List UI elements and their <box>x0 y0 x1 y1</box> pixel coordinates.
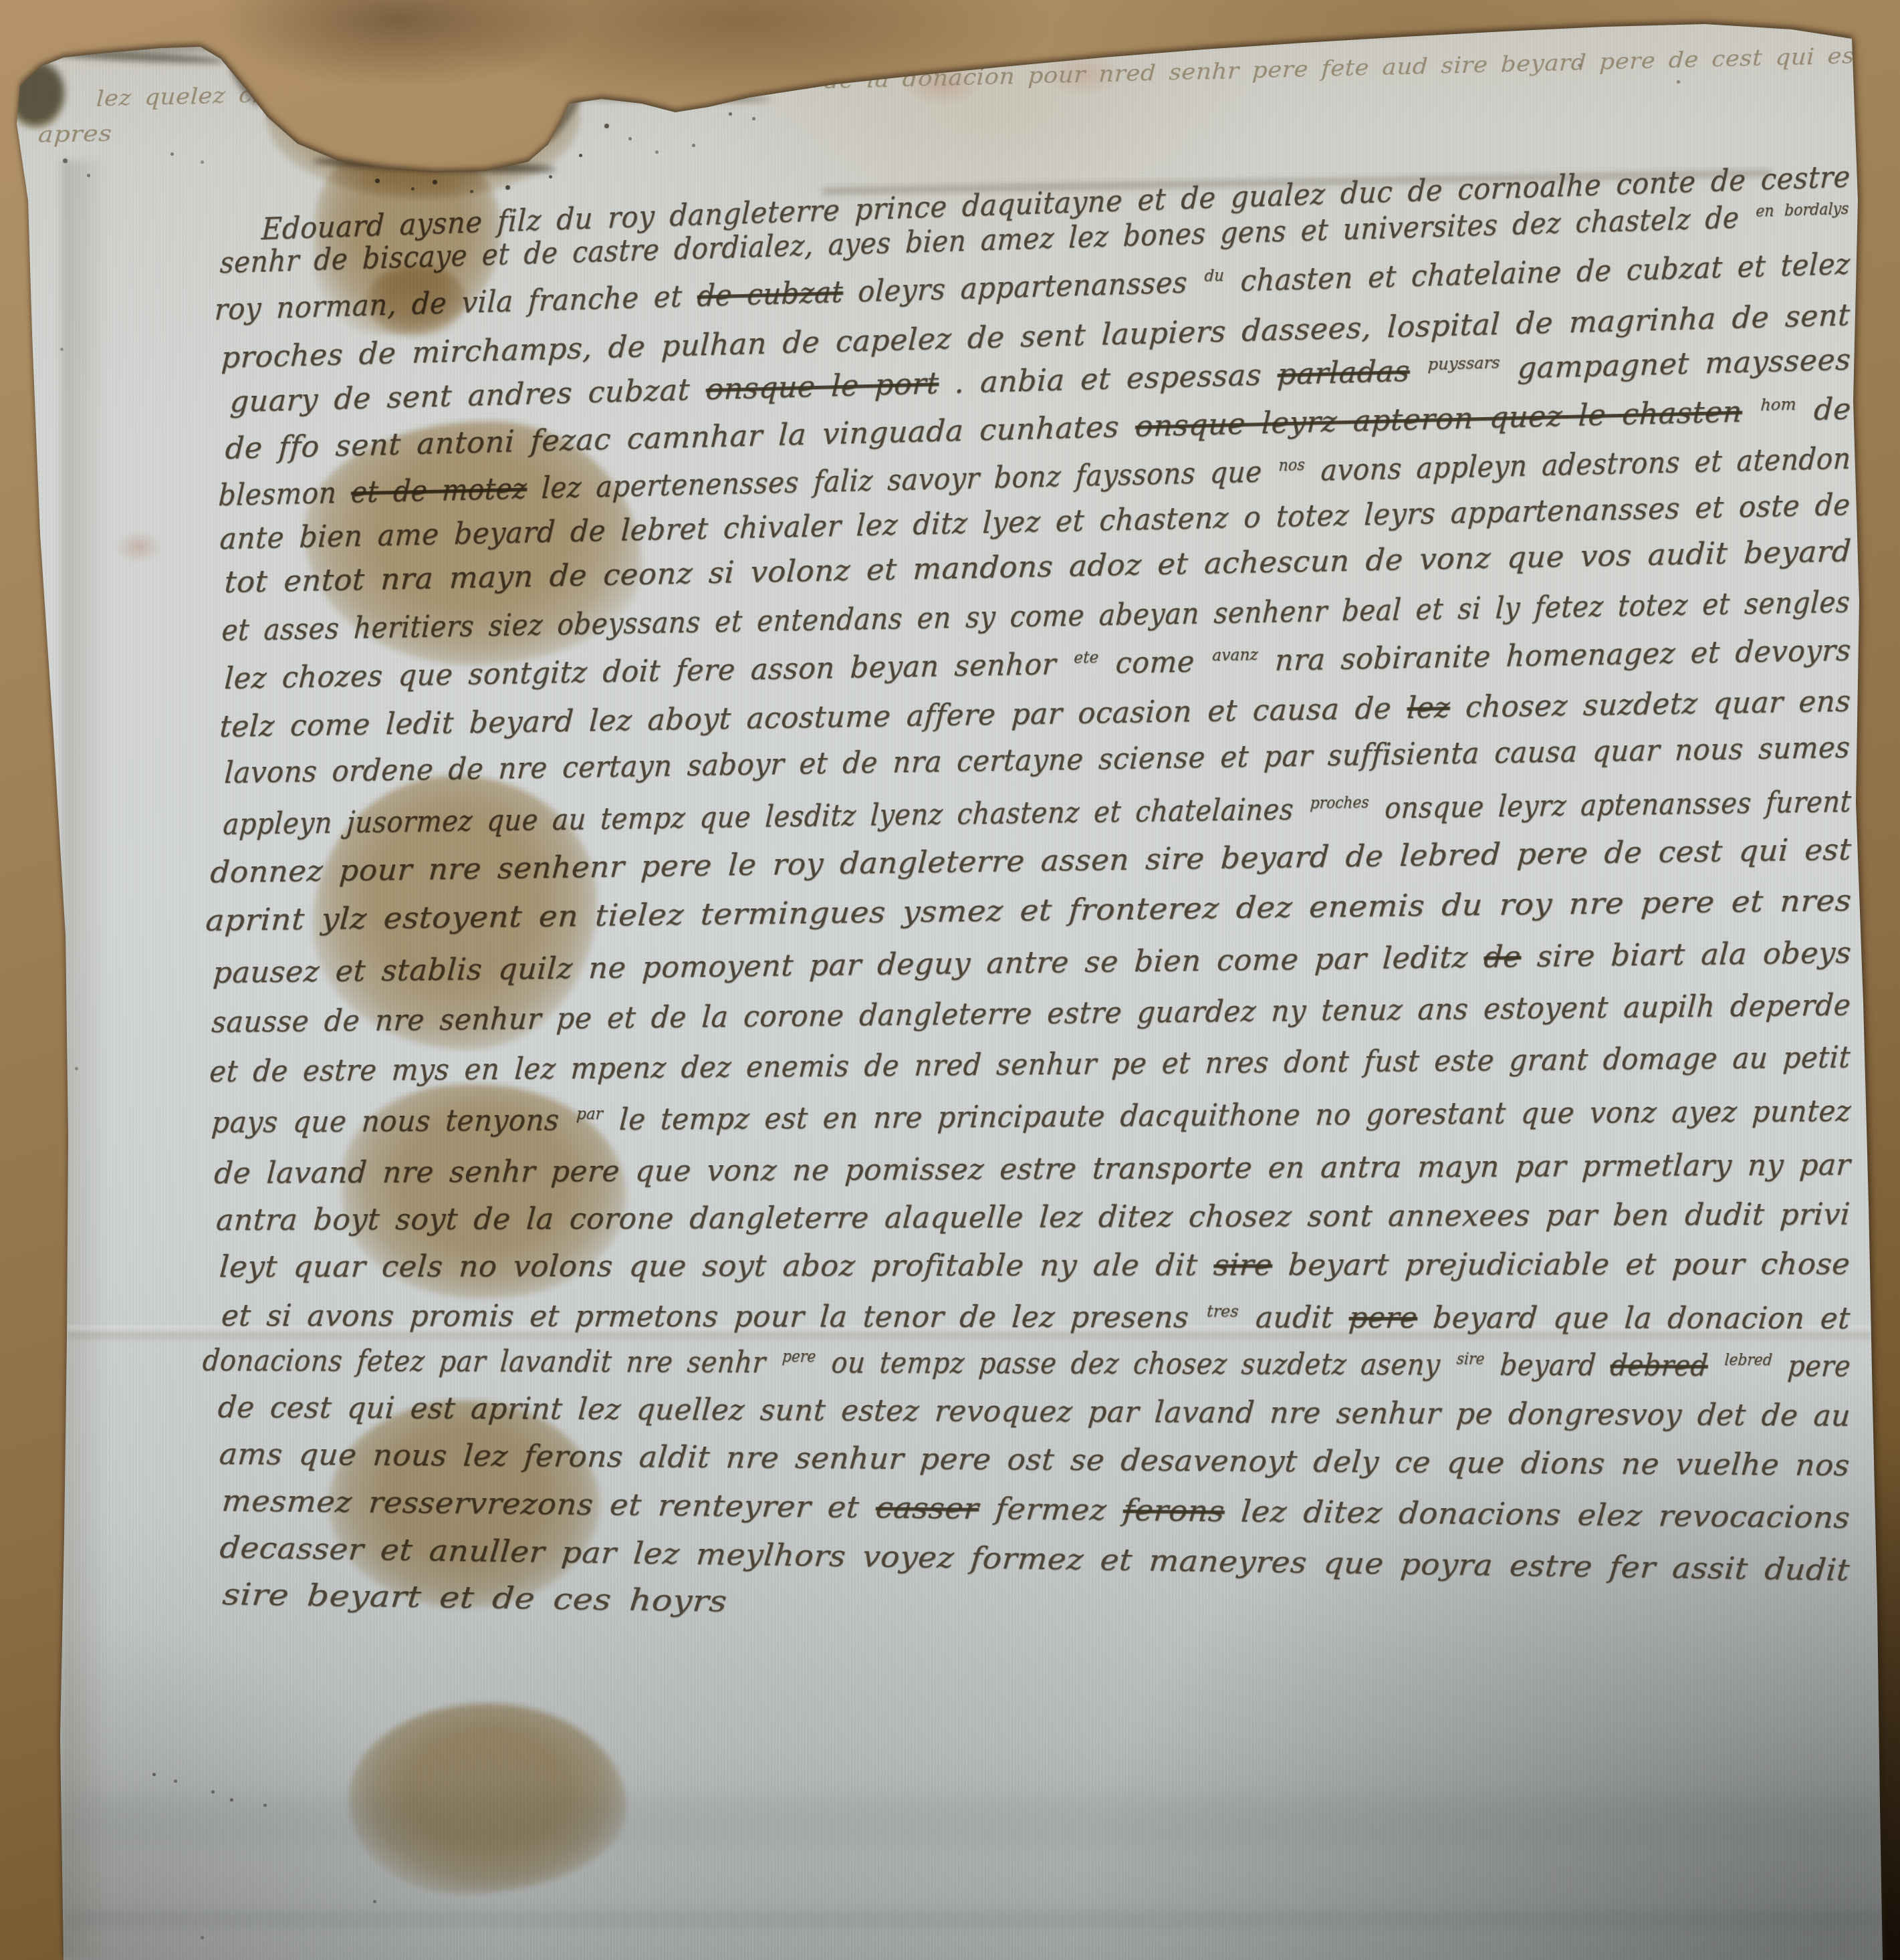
line-text: et si avons promis et prmetons pour la t… <box>220 1299 1205 1335</box>
manuscript-line-30: sire beyart et de ces hoyrs <box>221 1578 729 1620</box>
line-text: gampagnet mayssees <box>1501 343 1852 386</box>
manuscript-line-27: ams que nous lez ferons aldit nre senhur… <box>218 1437 1851 1484</box>
interlinear-addition: du <box>1204 266 1224 286</box>
line-text: ou tempz passe dez chosez suzdetz aseny <box>816 1346 1455 1382</box>
line-text: pays que nous tenyons <box>211 1103 576 1140</box>
interlinear-addition: par <box>576 1104 603 1124</box>
line-text: nra sobiranite homenagez et devoyrs <box>1259 634 1852 678</box>
line-text: lez chozes que sontgitz doit fere asson … <box>223 647 1072 696</box>
struck-out-text: ferons <box>1122 1493 1226 1529</box>
manuscript-text-layer: lez quelez chosez y estant de lhon bort … <box>0 0 1900 1960</box>
manuscript-line-22: antra boyt soyt de la corone dangleterre… <box>215 1197 1851 1238</box>
struck-out-text: et de motez <box>350 472 528 510</box>
manuscript-line-18: sausse de nre senhur pe et de la corone … <box>211 988 1852 1041</box>
line-text: de <box>1797 392 1852 428</box>
line-text: avons appleyn adestrons et atendon <box>1306 442 1852 489</box>
manuscript-line-25: donacions fetez par lavandit nre senhr p… <box>201 1344 1852 1384</box>
line-text: sausse de nre senhur pe et de la corone … <box>211 988 1852 1039</box>
interlinear-addition: pere <box>782 1347 816 1366</box>
manuscript-line-19: et de estre mys en lez mpenz dez enemis … <box>209 1041 1852 1090</box>
manuscript-photo: lez quelez chosez y estant de lhon bort … <box>0 0 1900 1960</box>
interlinear-addition: avanz <box>1211 645 1258 665</box>
interlinear-addition: en bordalys <box>1756 199 1849 221</box>
interlinear-addition: tres <box>1206 1302 1239 1322</box>
manuscript-line-29: decasser et anuller par lez meylhors voy… <box>219 1531 1851 1589</box>
struck-out-text: casser <box>874 1491 980 1526</box>
struck-out-text: onsque leyrz apteron quez le chasten <box>1135 395 1743 444</box>
line-text: aprint ylz estoyent en tielez termingues… <box>205 884 1853 938</box>
line-text: antra boyt soyt de la corone dangleterre… <box>215 1197 1851 1237</box>
interlinear-addition: puyssars <box>1427 353 1500 374</box>
line-text: chosez suzdetz quar ens <box>1449 685 1851 725</box>
line-text: roy norman, de vila franche et <box>214 279 698 327</box>
struck-out-text: onsque le port <box>705 366 940 406</box>
line-text: donnez pour nre senhenr pere le roy dang… <box>209 833 1853 890</box>
struck-out-text: de <box>1483 940 1522 975</box>
manuscript-line-15: donnez pour nre senhenr pere le roy dang… <box>209 833 1853 891</box>
line-text: lez ditez donacions elez revocacions <box>1223 1495 1852 1536</box>
line-text: de ffo sent antoni fezac camnhar la ving… <box>225 410 1136 466</box>
manuscript-line-16: aprint ylz estoyent en tielez termingues… <box>205 884 1853 939</box>
line-text: lez quelez chosez y estant de lhon bort … <box>96 42 1865 112</box>
line-text <box>1409 354 1427 388</box>
struck-out-text: pere <box>1348 1301 1419 1335</box>
interlinear-addition: proches <box>1310 793 1370 813</box>
interlinear-addition: sire <box>1456 1350 1486 1369</box>
line-text <box>1707 1349 1724 1383</box>
line-text: oleyrs appartenansses <box>842 265 1203 310</box>
line-text: de lavand nre senhr pere que vonz ne pom… <box>213 1148 1852 1191</box>
manuscript-line-28: mesmez resservrezons et renteyrer et cas… <box>221 1484 1851 1536</box>
line-text: audit <box>1239 1301 1350 1335</box>
line-text: chasten et chatelaine de cubzat et telez <box>1225 247 1851 299</box>
manuscript-line-17: pausez et stablis quilz ne pomoyent par … <box>212 936 1853 991</box>
struck-out-text: parladas <box>1277 354 1411 392</box>
struck-out-text: sire <box>1213 1248 1274 1282</box>
line-text: decasser et anuller par lez meylhors voy… <box>219 1531 1851 1588</box>
line-text: sire biart ala obeys <box>1520 936 1853 974</box>
manuscript-line-21: de lavand nre senhr pere que vonz ne pom… <box>213 1148 1852 1192</box>
manuscript-line-26: de cest qui est aprint lez quellez sunt … <box>217 1390 1852 1435</box>
line-text: fermez <box>977 1492 1124 1527</box>
ink-specks <box>0 0 3 3</box>
manuscript-line-24: et si avons promis et prmetons pour la t… <box>220 1299 1851 1337</box>
line-text: telz come ledit beyard lez aboyt acostum… <box>219 691 1408 744</box>
interlinear-addition: nos <box>1278 455 1305 475</box>
manuscript-line-14: appleyn jusormez que au tempz que lesdit… <box>222 785 1853 843</box>
line-text: mesmez resservrezons et renteyrer et <box>221 1484 877 1525</box>
struck-out-text: lez <box>1406 691 1451 725</box>
struck-out-text: debred <box>1609 1348 1709 1382</box>
manuscript-paper: lez quelez chosez y estant de lhon bort … <box>0 0 1900 1960</box>
line-text: onsque leyrz aptenansses furent <box>1369 785 1852 826</box>
line-text: pere <box>1772 1349 1852 1383</box>
line-text: donacions fetez par lavandit nre senhr <box>201 1344 781 1380</box>
line-text: beyard <box>1485 1348 1612 1383</box>
line-text: beyart prejudiciable et pour chose <box>1271 1247 1851 1283</box>
struck-out-text: de cubzat <box>697 275 844 314</box>
line-text: leyt quar cels no volons que soyt aboz p… <box>219 1248 1215 1284</box>
line-text: de cest qui est aprint lez quellez sunt … <box>217 1390 1852 1433</box>
manuscript-line-20: pays que nous tenyons par le tempz est e… <box>211 1094 1853 1141</box>
manuscript-line-23: leyt quar cels no volons que soyt aboz p… <box>218 1247 1851 1285</box>
line-text: beyard que la donacion et <box>1416 1301 1851 1336</box>
paper-shadow-wrap: lez quelez chosez y estant de lhon bort … <box>0 0 1900 1960</box>
interlinear-addition: lebred <box>1724 1350 1772 1370</box>
endorsement-line-1: lez quelez chosez y estant de lhon bort … <box>96 42 1865 112</box>
interlinear-addition: ete <box>1073 648 1099 667</box>
line-text <box>1742 394 1759 429</box>
line-text: . anbia et espessas <box>938 358 1278 400</box>
line-text: pausez et stablis quilz ne pomoyent par … <box>212 941 1485 990</box>
line-text: le tempz est en nre principaute dacquith… <box>603 1094 1852 1137</box>
line-text: appleyn jusormez que au tempz que lesdit… <box>222 792 1309 842</box>
line-text: ams que nous lez ferons aldit nre senhur… <box>218 1437 1851 1483</box>
torn-edge-dirt <box>66 43 227 52</box>
line-text: guary de sent andres cubzat <box>229 372 707 419</box>
line-text: sire beyart et de ces hoyrs <box>221 1578 729 1618</box>
line-text: come <box>1099 644 1211 681</box>
line-text: et de estre mys en lez mpenz dez enemis … <box>209 1041 1851 1089</box>
interlinear-addition: hom <box>1760 395 1797 415</box>
line-text: blesmon <box>218 476 352 513</box>
line-text: lez apertenensses faliz savoyr bonz fays… <box>526 455 1278 506</box>
